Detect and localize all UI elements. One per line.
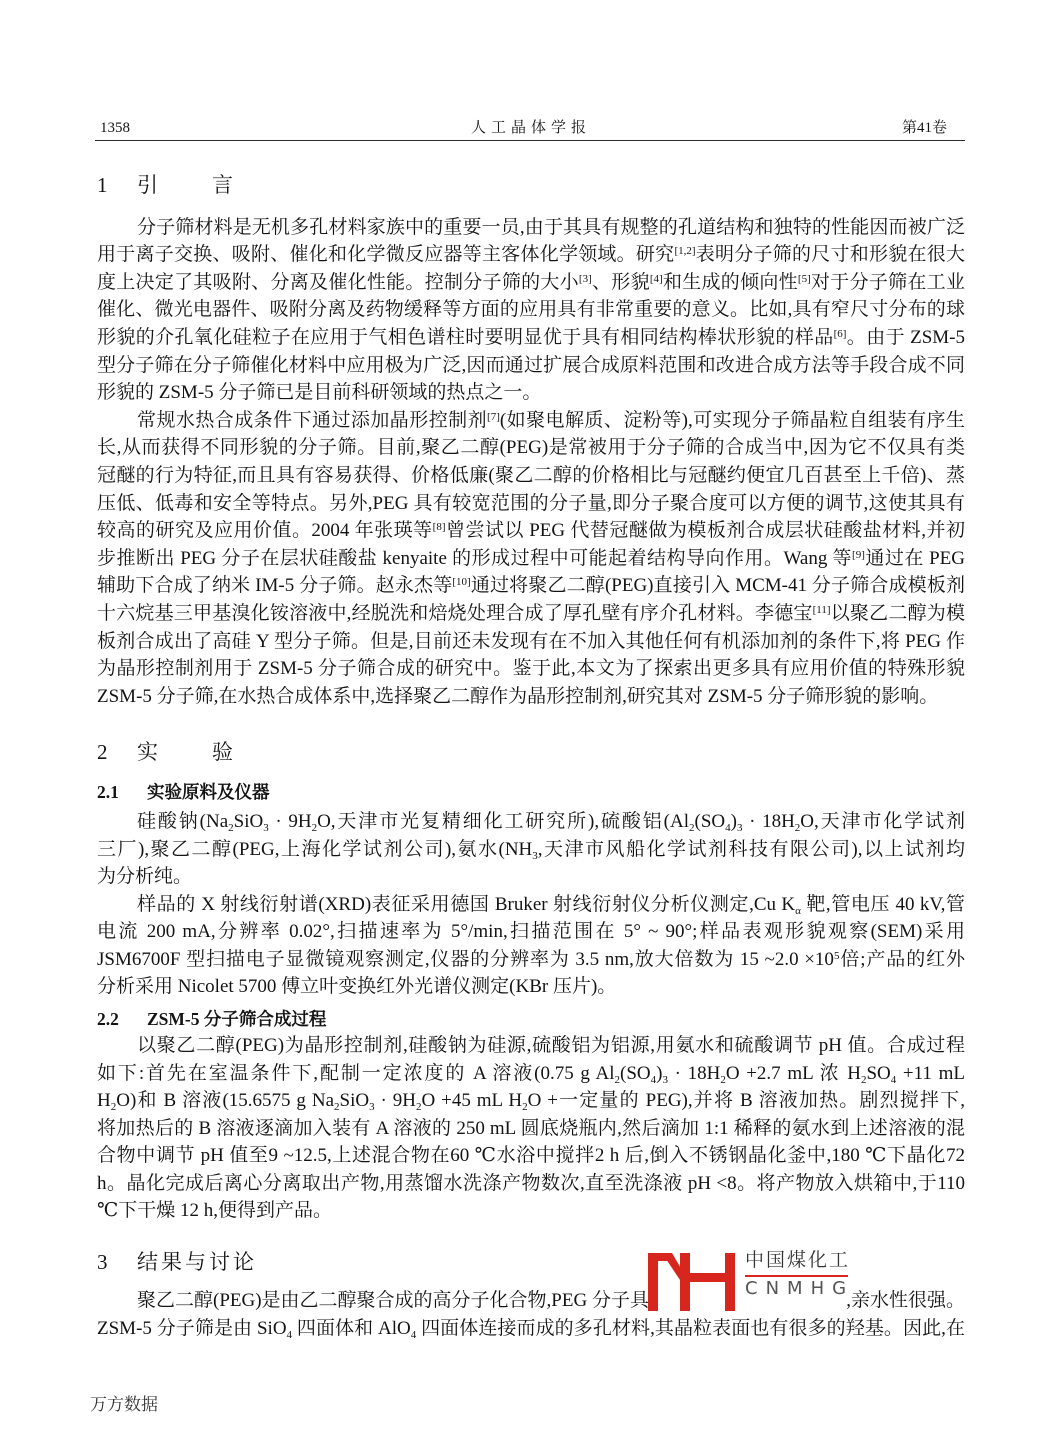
text-line: 板剂合成出了高硅 Y 型分子筛。但是,目前还未发现有在不加入其他任何有机添加剂的… xyxy=(97,628,965,656)
text-line: 合物中调节 pH 值至9 ~12.5,上述混合物在60 ℃水浴中搅拌2 h 后,… xyxy=(97,1142,965,1170)
text-line-left-part: 聚乙二醇(PEG)是由乙二醇聚合成的高分子化合物,PEG 分子具 xyxy=(137,1287,659,1315)
text-line: 形貌的 ZSM-5 分子筛已是目前科研领域的热点之一。 xyxy=(97,379,965,407)
watermark-name-en: CNMHG xyxy=(745,1278,854,1300)
text-line: 长,从而获得不同形貌的分子筛。目前,聚乙二醇(PEG)是常被用于分子筛的合成当中… xyxy=(97,434,965,462)
text-line: 压低、低毒和安全等特点。另外,PEG 具有较宽范围的分子量,即分子聚合度可以方便… xyxy=(97,490,965,518)
text-line: JSM6700F 型扫描电子显微镜观察测定,仪器的分辨率为 3.5 nm,放大倍… xyxy=(97,946,965,974)
text-line: 以聚乙二醇(PEG)为晶形控制剂,硅酸钠为硅源,硫酸铝为铝源,用氨水和硫酸调节 … xyxy=(137,1032,965,1060)
text-line: 为分析纯。 xyxy=(97,863,965,891)
text-line: 将加热后的 B 溶液逐滴加入装有 A 溶液的 250 mL 圆底烧瓶内,然后滴加… xyxy=(97,1115,965,1143)
section-title: 结果与讨论 xyxy=(137,1248,257,1276)
text-line: 用于离子交换、吸附、催化和化学微反应器等主客体化学领域。研究[1,2]表明分子筛… xyxy=(97,241,965,269)
section-title-char: 验 xyxy=(212,738,233,766)
subsection-number: 2.1 xyxy=(97,778,119,806)
watermark-name-cn: 中国煤化工 xyxy=(745,1248,850,1272)
page-number: 1358 xyxy=(100,118,130,138)
subsection-title: ZSM-5 分子筛合成过程 xyxy=(147,1005,326,1033)
text-line: ZSM-5 分子筛是由 SiO4 四面体和 AlO4 四面体连接而成的多孔材料,… xyxy=(97,1315,965,1343)
section-number: 2 xyxy=(97,738,108,766)
text-line: 较高的研究及应用价值。2004 年张瑛等[8]曾尝试以 PEG 代替冠醚做为模板… xyxy=(97,517,965,545)
text-line: 催化、微光电器件、吸附分离及药物缓释等方面的应用具有非常重要的意义。比如,具有窄… xyxy=(97,296,965,324)
section-number: 1 xyxy=(97,171,108,199)
text-line: 为晶形控制剂用于 ZSM-5 分子筛合成的研究中。鉴于此,本文为了探索出更多具有… xyxy=(97,655,965,683)
text-line: 形貌的介孔氧化硅粒子在应用于气相色谱柱时要明显优于具有相同结构棒状形貌的样品[6… xyxy=(97,324,965,352)
text-line: 三厂),聚乙二醇(PEG,上海化学试剂公司),氨水(NH3,天津市风船化学试剂科… xyxy=(97,836,965,864)
text-line: 如下:首先在室温条件下,配制一定浓度的 A 溶液(0.75 g Al2(SO4)… xyxy=(97,1060,965,1088)
subsection-title: 实验原料及仪器 xyxy=(147,778,270,806)
text-line: ℃下干燥 12 h,便得到产品。 xyxy=(97,1197,965,1225)
volume-label: 第41卷 xyxy=(847,118,947,138)
text-line: 度上决定了其吸附、分离及催化性能。控制分子筛的大小[3]、形貌[4]和生成的倾向… xyxy=(97,269,965,297)
text-line: H2O)和 B 溶液(15.6575 g Na2SiO3 · 9H2O +45 … xyxy=(97,1087,965,1115)
text-line: 样品的 X 射线衍射谱(XRD)表征采用德国 Bruker 射线衍射仪分析仪测定… xyxy=(137,891,965,919)
mh-logo-icon xyxy=(645,1247,737,1312)
text-line: 型分子筛在分子筛催化材料中应用极为广泛,因而通过扩展合成原料范围和改进合成方法等… xyxy=(97,352,965,380)
section-number: 3 xyxy=(97,1248,108,1276)
text-line: 冠醚的行为特征,而且具有容易获得、价格低廉(聚乙二醇的价格相比与冠醚约便宜几百甚… xyxy=(97,462,965,490)
text-line: 辅助下合成了纳米 IM-5 分子筛。赵永杰等[10]通过将聚乙二醇(PEG)直接… xyxy=(97,572,965,600)
text-line: 步推断出 PEG 分子在层状硅酸盐 kenyaite 的形成过程中可能起着结构导… xyxy=(97,545,965,573)
journal-title: 人工晶体学报 xyxy=(431,118,631,138)
text-line: ZSM-5 分子筛,在水热合成体系中,选择聚乙二醇作为晶形控制剂,研究其对 ZS… xyxy=(97,683,965,711)
text-line: 常规水热合成条件下通过添加晶形控制剂[7](如聚电解质、淀粉等),可实现分子筛晶… xyxy=(137,407,965,435)
text-line: 分析采用 Nicolet 5700 傅立叶变换红外光谱仪测定(KBr 压片)。 xyxy=(97,973,965,1001)
header-rule xyxy=(95,140,965,141)
watermark-underline xyxy=(745,1275,848,1277)
text-line: 分子筛材料是无机多孔材料家族中的重要一员,由于其具有规整的孔道结构和独特的性能因… xyxy=(137,214,965,242)
section-title-char: 引 xyxy=(137,171,158,199)
text-line: 硅酸钠(Na2SiO3 · 9H2O,天津市光复精细化工研究所),硫酸铝(Al2… xyxy=(137,808,965,836)
footer-source: 万方数据 xyxy=(90,1393,158,1417)
text-line: 电流 200 mA,分辨率 0.02°,扫描速率为 5°/min,扫描范围在 5… xyxy=(97,918,965,946)
section-title-char: 实 xyxy=(137,738,158,766)
subsection-number: 2.2 xyxy=(97,1005,119,1033)
text-line: h。晶化完成后离心分离取出产物,用蒸馏水洗涤产物数次,直至洗涤液 pH <8。将… xyxy=(97,1170,965,1198)
section-title-char: 言 xyxy=(212,171,233,199)
text-line: 十六烷基三甲基溴化铵溶液中,经脱洗和焙烧处理合成了厚孔壁有序介孔材料。李德宝[1… xyxy=(97,600,965,628)
text-line-right-part: ,亲水性很强。 xyxy=(846,1287,965,1315)
